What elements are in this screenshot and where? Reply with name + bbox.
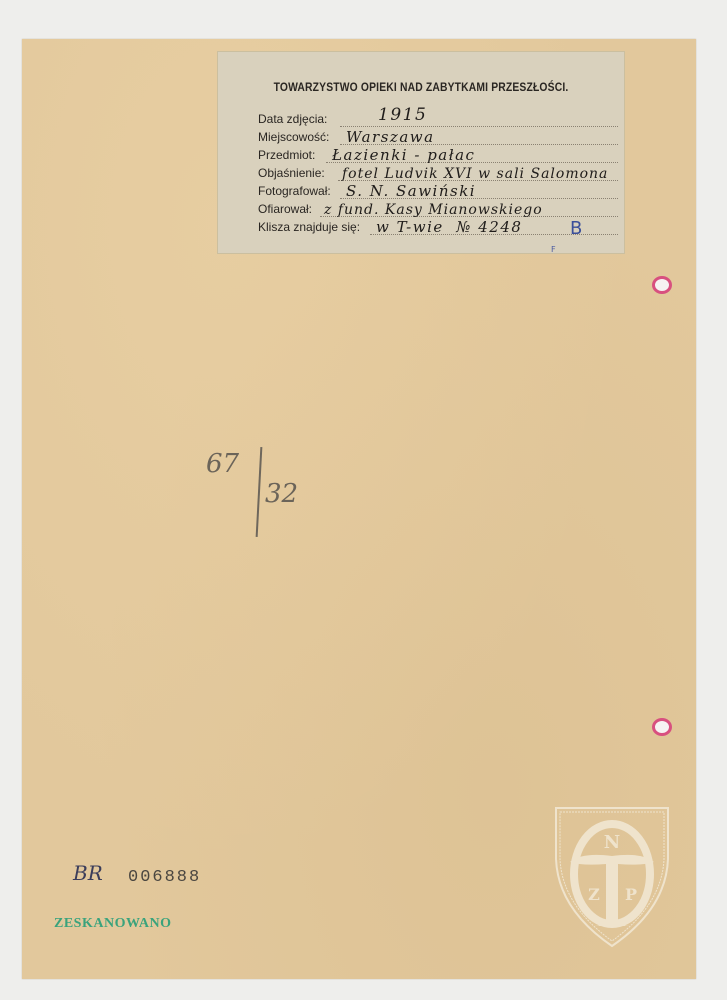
field-label: Objaśnienie: (258, 166, 325, 180)
field-value: S. N. Sawiński (346, 182, 476, 200)
field-label: Miejscowość: (258, 130, 329, 144)
small-blue-mark: F (551, 245, 556, 254)
field-value: fotel Ludvik XVI w sali Salomona (342, 166, 608, 182)
field-label: Przedmiot: (258, 148, 315, 162)
field-label: Fotografował: (258, 184, 331, 198)
field-photographer: Fotografował: S. N. Sawiński (258, 184, 618, 202)
field-value: Łazienki - pałac (332, 146, 475, 164)
field-label: Ofiarował: (258, 202, 312, 216)
pencil-note-left: 67 (206, 449, 239, 479)
field-label: Klisza znajduje się: (258, 220, 360, 234)
svg-text:N: N (604, 832, 620, 853)
punch-hole (652, 718, 672, 736)
archival-card: TOWARZYSTWO OPIEKI NAD ZABYTKAMI PRZESZŁ… (22, 39, 696, 979)
field-negative-location: Klisza znajduje się: w T-wie № 4248 (258, 220, 618, 238)
field-label: Data zdjęcia: (258, 112, 327, 126)
svg-text:Z: Z (588, 885, 600, 904)
inventory-prefix: BR (73, 861, 103, 885)
pencil-divider (256, 447, 263, 537)
field-value: 1915 (378, 105, 427, 125)
scanned-stamp: ZESKANOWANO (54, 916, 172, 932)
field-value: Warszawa (346, 128, 435, 146)
pencil-note-right: 32 (265, 479, 298, 509)
blue-letter-mark: B (570, 218, 582, 239)
field-subject: Przedmiot: Łazienki - pałac (258, 148, 618, 166)
field-date: Data zdjęcia: 1915 (258, 112, 618, 130)
punch-hole (652, 276, 672, 294)
field-value: z fund. Kasy Mianowskiego (324, 202, 543, 218)
field-value: w T-wie № 4248 (376, 218, 522, 236)
society-label: TOWARZYSTWO OPIEKI NAD ZABYTKAMI PRZESZŁ… (217, 51, 625, 254)
society-emblem-icon: N Z P (552, 804, 672, 949)
label-title: TOWARZYSTWO OPIEKI NAD ZABYTKAMI PRZESZŁ… (246, 80, 595, 94)
inventory-number: 006888 (128, 868, 201, 887)
svg-text:P: P (625, 885, 637, 904)
